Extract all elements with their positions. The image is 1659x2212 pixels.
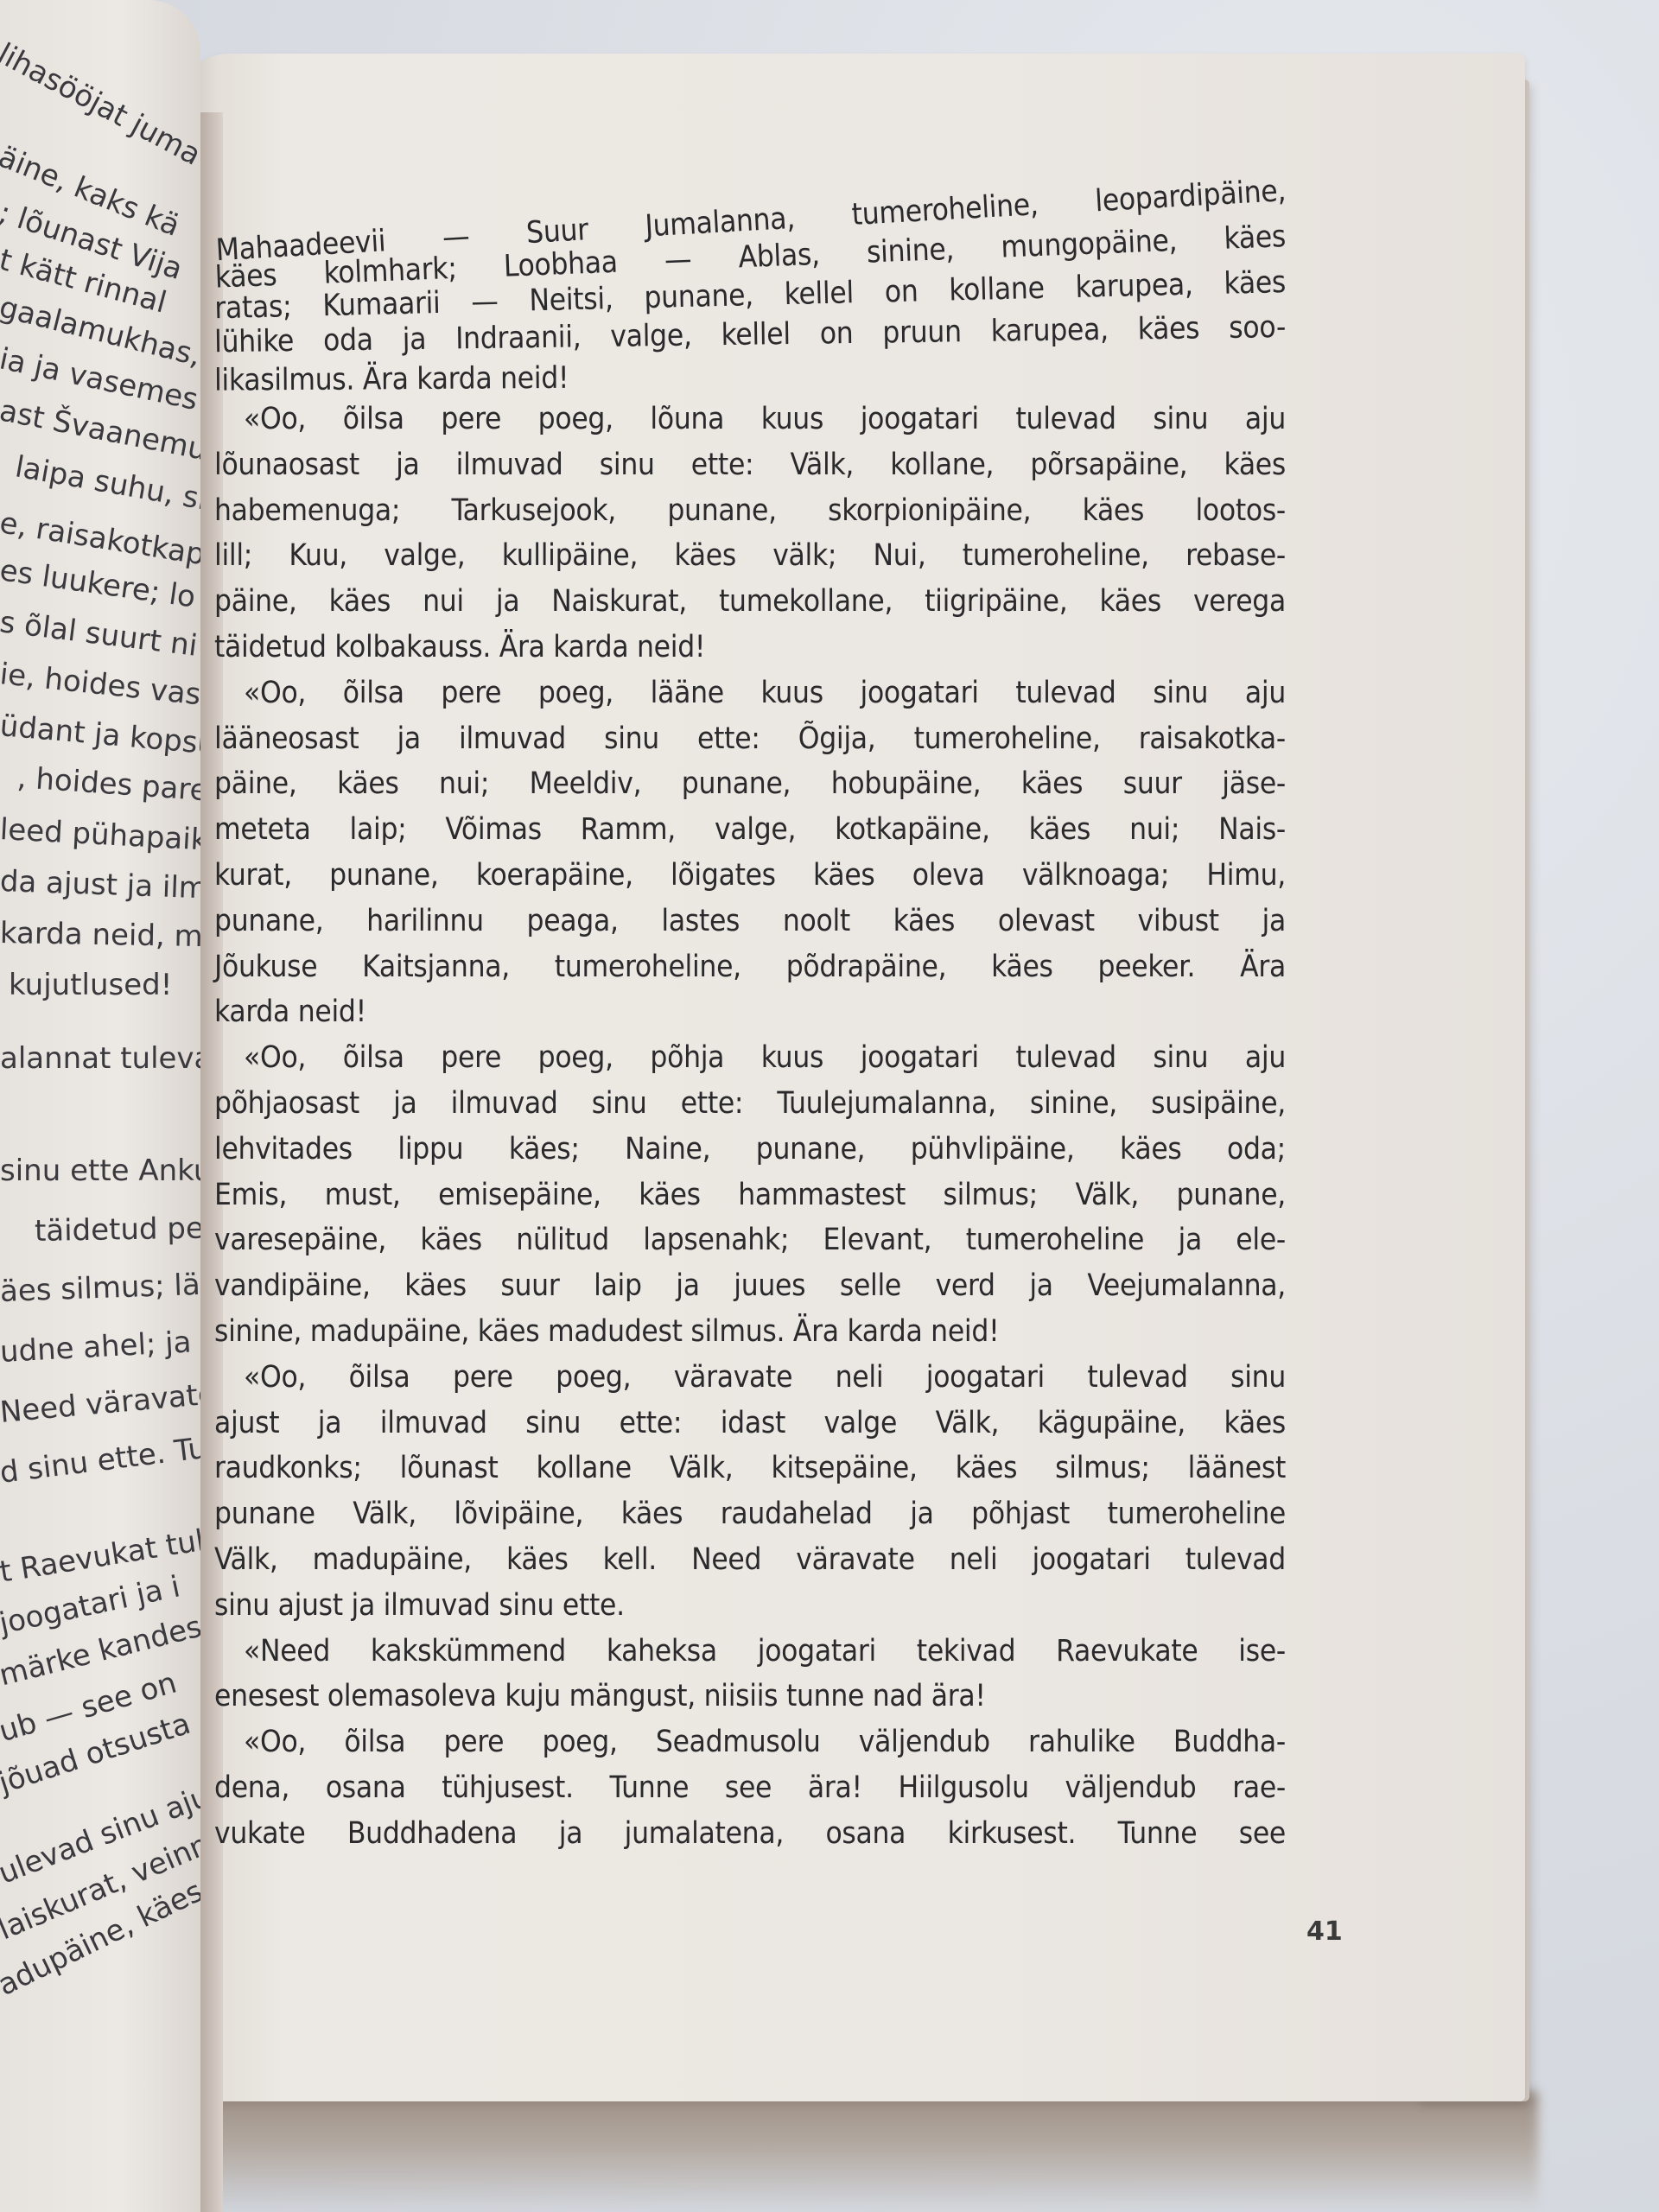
text-line: raudkonks; lõunast kollane Välk, kitsepä… — [214, 1446, 1286, 1491]
left-page-text-fragment: äes silmus; lääi — [0, 1267, 200, 1309]
text-line: likasilmus. Ära karda neid! — [214, 351, 1286, 404]
text-line: kurat, punane, koerapäine, lõigates käes… — [214, 853, 1286, 899]
text-line: ajust ja ilmuvad sinu ette: idast valge … — [214, 1401, 1286, 1446]
text-line: «Oo, õilsa pere poeg, lõuna kuus joogata… — [214, 397, 1286, 442]
text-line: punane, harilinnu peaga, lastes noolt kä… — [214, 899, 1286, 944]
text-line: päine, käes nui; Meeldiv, punane, hobupä… — [214, 761, 1286, 807]
text-line: lill; Kuu, valge, kullipäine, käes välk;… — [214, 533, 1286, 579]
text-line: Emis, must, emisepäine, käes hammastest … — [214, 1173, 1286, 1218]
text-line: lääneosast ja ilmuvad sinu ette: Õgija, … — [214, 716, 1286, 762]
text-line: dena, osana tühjusest. Tunne see ära! Hi… — [214, 1765, 1286, 1811]
text-line: põhjaosast ja ilmuvad sinu ette: Tuuleju… — [214, 1081, 1286, 1127]
text-line: karda neid! — [214, 989, 1286, 1035]
text-line: «Oo, õilsa pere poeg, Seadmusolu väljend… — [214, 1719, 1286, 1765]
left-page-text-fragment: udne ahel; ja p — [0, 1324, 200, 1370]
left-page-text-fragment: , hoides pare — [16, 760, 200, 808]
body-text: Mahaadeevii — Suur Jumalanna, tumeroheli… — [214, 168, 1286, 1856]
text-line: varesepäine, käes nülitud lapsenahk; Ele… — [214, 1217, 1286, 1263]
text-line: «Oo, õilsa pere poeg, lääne kuus joogata… — [214, 671, 1286, 716]
text-line: Välk, madupäine, käes kell. Need väravat… — [214, 1537, 1286, 1583]
text-line: päine, käes nui ja Naiskurat, tumekollan… — [214, 579, 1286, 625]
left-page-text-fragment: Need väravate n — [0, 1374, 200, 1430]
text-line: vukate Buddhadena ja jumalatena, osana k… — [214, 1811, 1286, 1857]
left-page-text-fragment: leed pühapaik — [0, 812, 200, 858]
text-line: punane Välk, lõvipäine, käes raudahelad … — [214, 1491, 1286, 1537]
text-line: Jõukuse Kaitsjanna, tumeroheline, põdrap… — [214, 944, 1286, 990]
left-page-text-fragment: kujutlused! — [9, 968, 172, 1002]
left-page-text-fragment: ie, hoides vas — [0, 657, 200, 712]
text-line: lehvitades lippu käes; Naine, punane, pü… — [214, 1127, 1286, 1173]
left-page-text-fragment: üdant ja kopsu — [0, 709, 200, 762]
left-page-text-fragment: d sinu ette. Tu — [0, 1431, 200, 1491]
text-line: vandipäine, käes suur laip ja juues sell… — [214, 1263, 1286, 1309]
text-line: «Need kakskümmend kaheksa joogatari teki… — [214, 1629, 1286, 1675]
left-page-curled: lihasööjat jumaäine, kaks kä; lõunast Vi… — [0, 0, 200, 2212]
left-page-text-fragment: karda neid, mõ — [0, 916, 200, 954]
text-line: lõunaosast ja ilmuvad sinu ette: Välk, k… — [214, 442, 1286, 488]
text-line: habemenuga; Tarkusejook, punane, skorpio… — [214, 488, 1286, 534]
left-page-text-fragment: s õlal suurt ni — [0, 605, 200, 664]
text-line: sinu ajust ja ilmuvad sinu ette. — [214, 1583, 1286, 1629]
left-page-text-fragment: täidetud pea — [35, 1211, 200, 1249]
page-number: 41 — [1306, 1916, 1343, 1947]
left-page-text-fragment: da ajust ja ilmu — [0, 864, 200, 906]
left-page-text-fragment: alannat tulevad s — [0, 1041, 200, 1076]
text-line: «Oo, õilsa pere poeg, väravate neli joog… — [214, 1355, 1286, 1401]
text-line: «Oo, õilsa pere poeg, põhja kuus joogata… — [214, 1035, 1286, 1081]
text-line: täidetud kolbakauss. Ära karda neid! — [214, 625, 1286, 671]
text-line: sinine, madupäine, käes madudest silmus.… — [214, 1309, 1286, 1355]
book-shadow — [156, 2091, 1538, 2212]
text-line: enesest olemasoleva kuju mängust, niisii… — [214, 1674, 1286, 1719]
left-page-text-fragment: sinu ette Ankus — [0, 1154, 200, 1188]
text-line: meteta laip; Võimas Ramm, valge, kotkapä… — [214, 807, 1286, 853]
